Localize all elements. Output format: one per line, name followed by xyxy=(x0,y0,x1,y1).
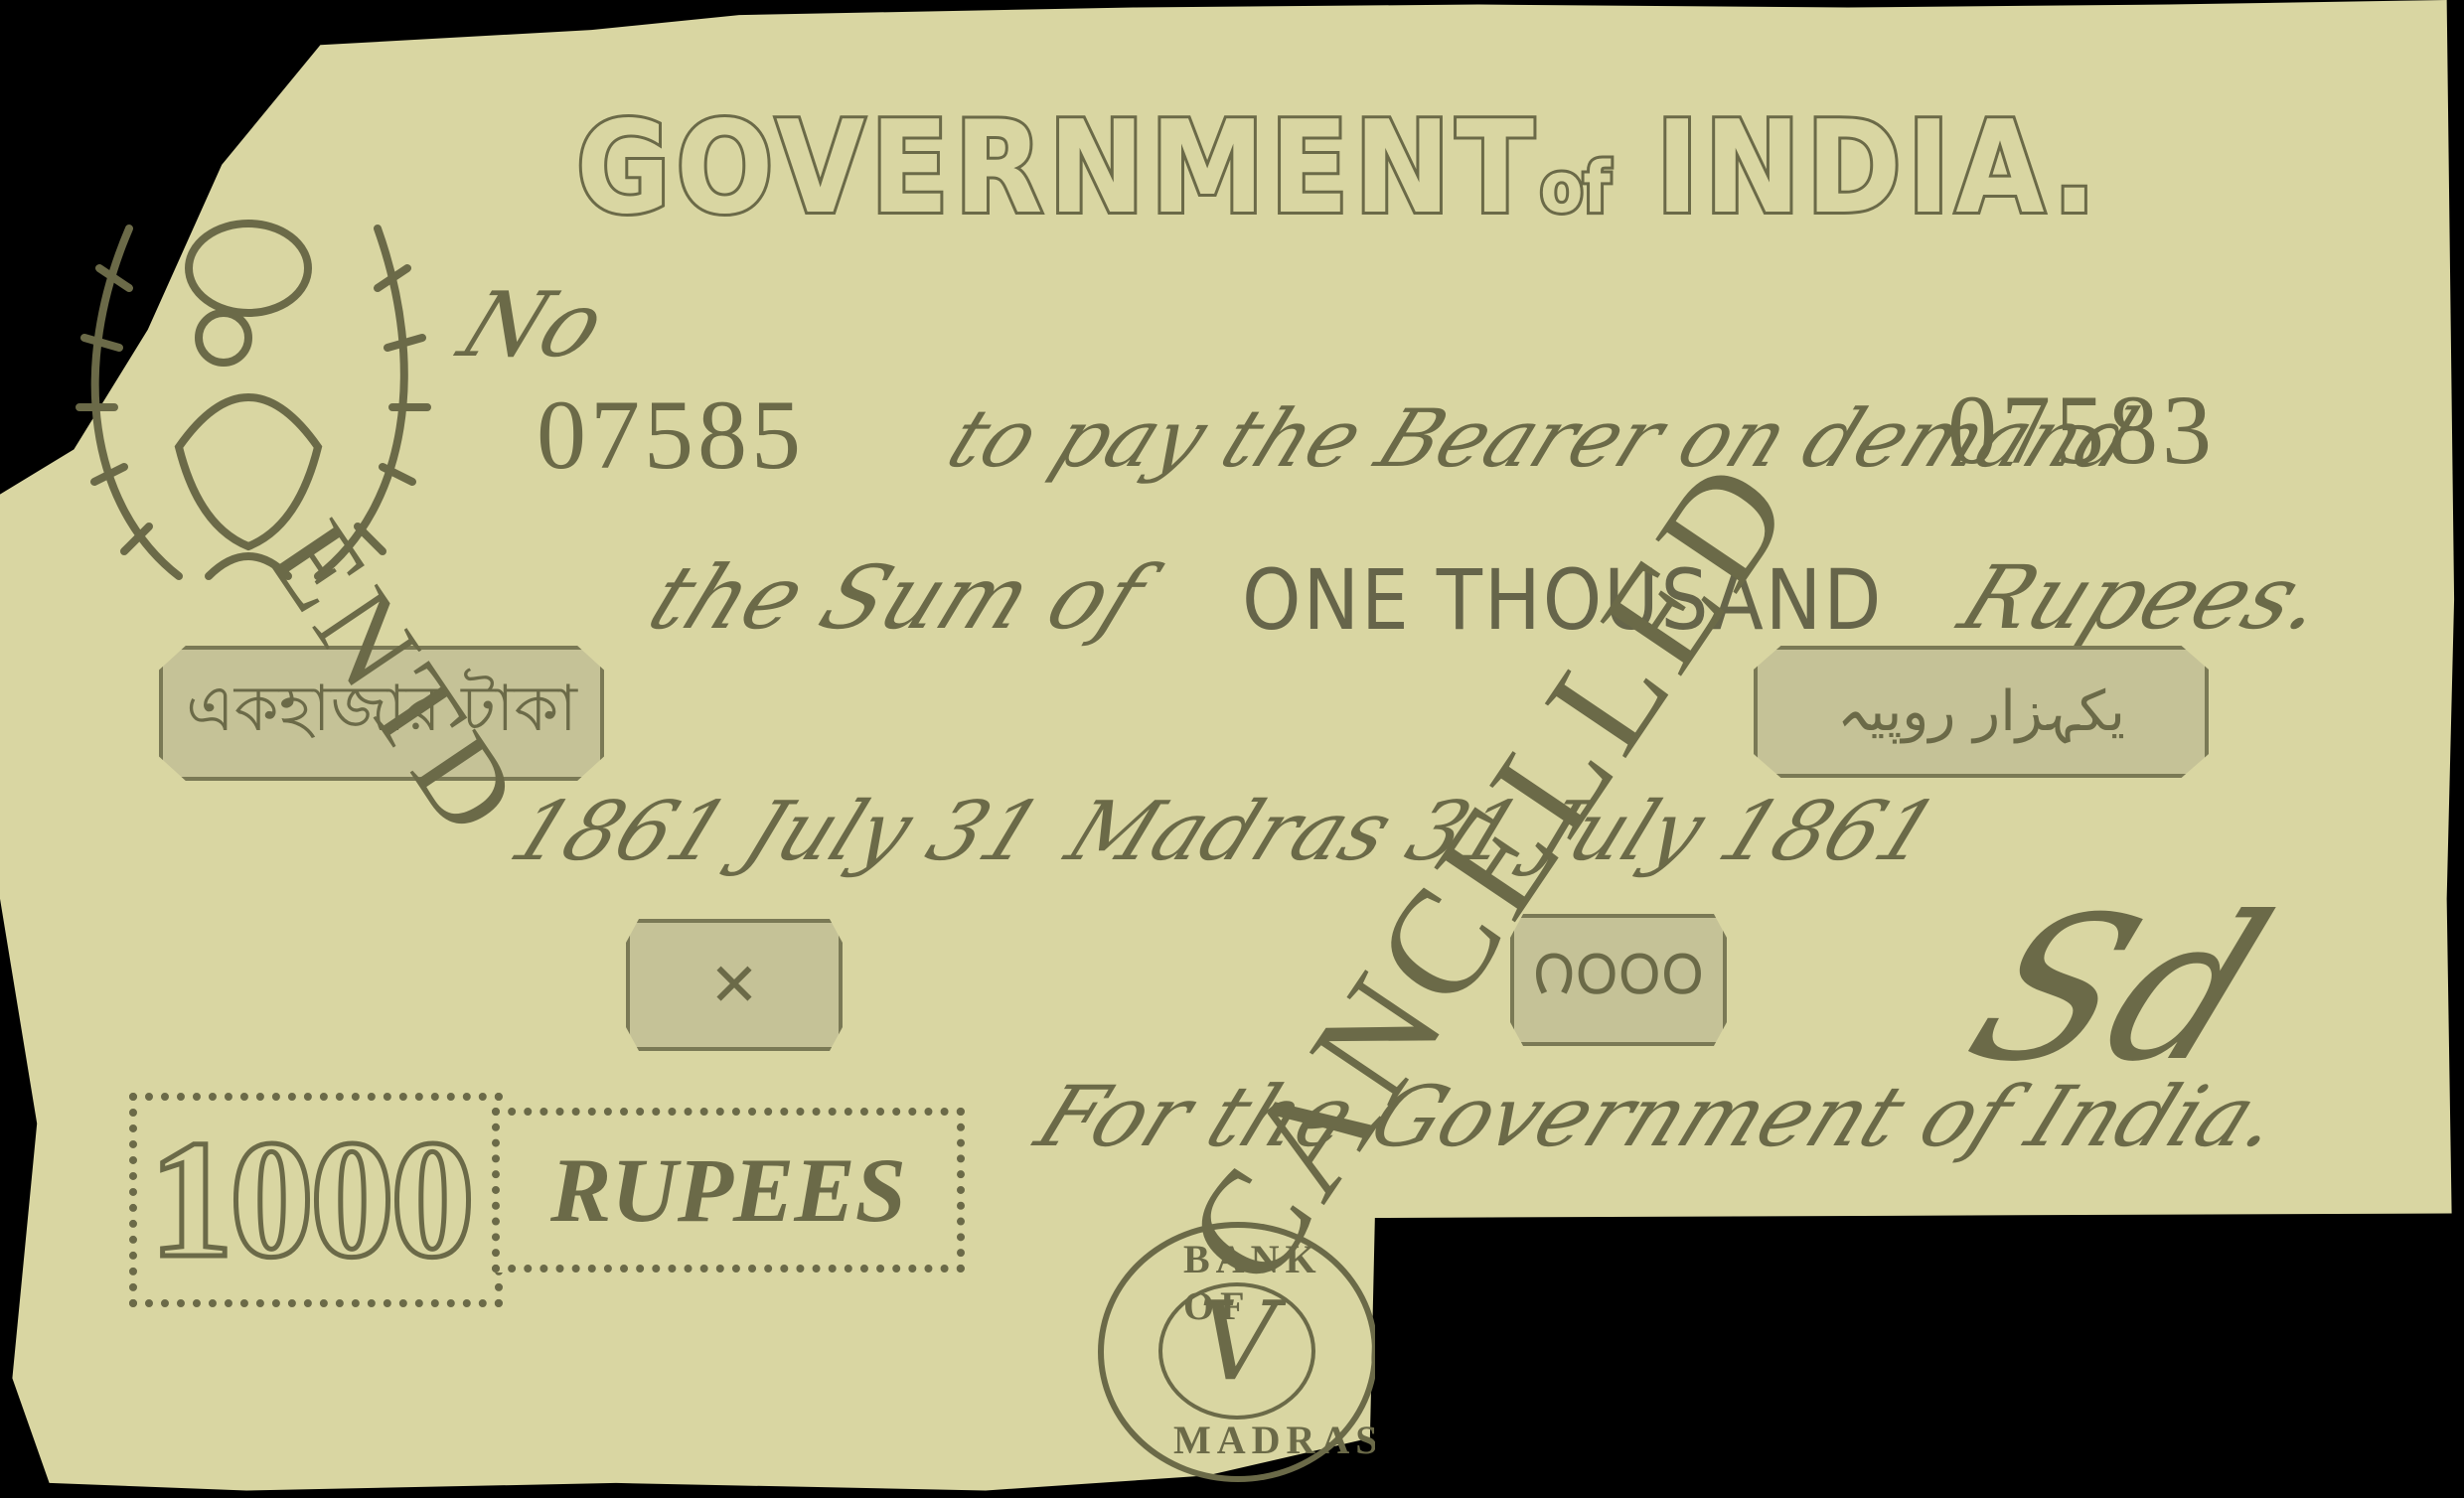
value-word: RUPEES xyxy=(550,1137,906,1243)
serial-number-left: 07585 xyxy=(537,377,805,492)
sum-prefix: the Sum of xyxy=(635,546,1159,649)
value-word-panel: RUPEES xyxy=(492,1108,965,1273)
value-numeral: 1000 xyxy=(149,1103,471,1296)
seal-text-bottom: MADRAS xyxy=(1173,1417,1384,1463)
urdu-value-panel: یکہزار روپیہ xyxy=(1754,646,2209,778)
note-title: GOVERNMENTof INDIA. xyxy=(576,94,2102,242)
tamil-value-panel: ✕ xyxy=(626,919,843,1051)
telugu-numeral-text: ౧౦౦౦ xyxy=(1533,936,1704,1024)
amount-suffix: Rupees. xyxy=(1946,546,2342,649)
missing-corner xyxy=(1375,1220,2464,1498)
x-mark-icon: ✕ xyxy=(709,951,759,1020)
serial-number-right: 07583 xyxy=(1947,373,2216,487)
issue-date-left: 1861 July 31 xyxy=(498,785,1056,879)
urdu-value-text: یکہزار روپیہ xyxy=(1837,679,2125,744)
